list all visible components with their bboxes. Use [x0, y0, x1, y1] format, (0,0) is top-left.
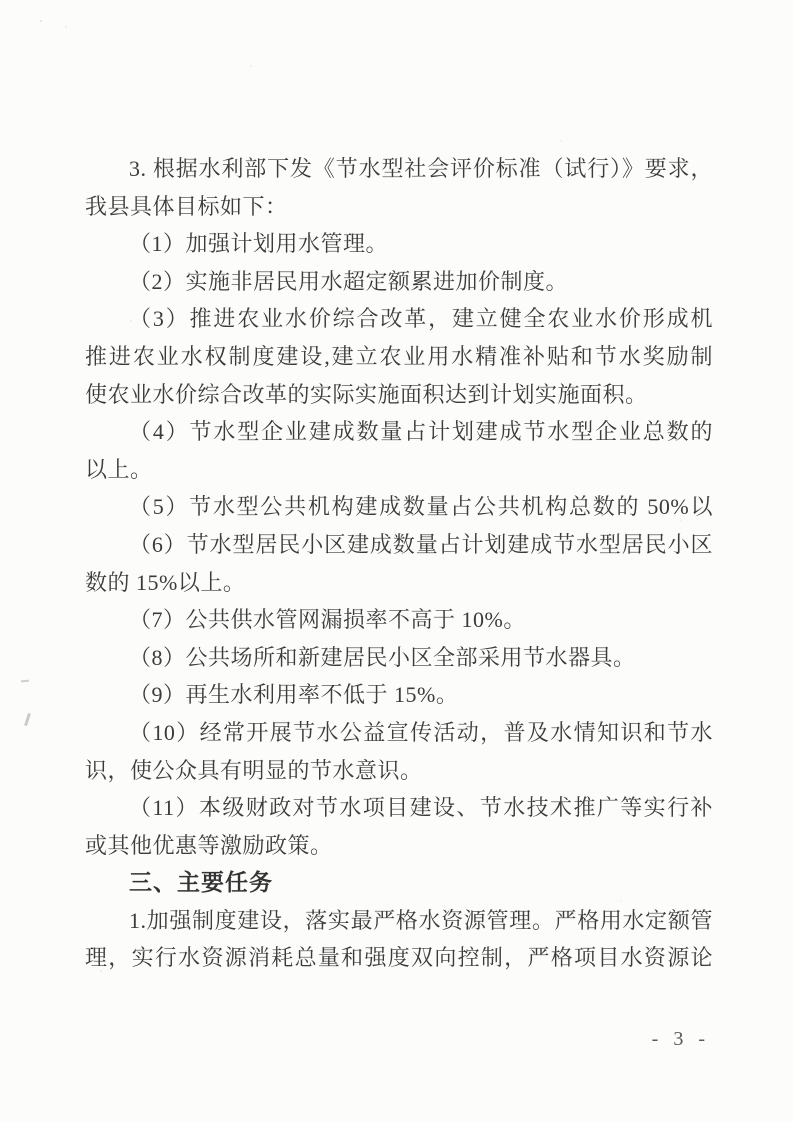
text-line: 推进农业水权制度建设,建立农业用水精准补贴和节水奖励制度，: [85, 338, 713, 376]
text-line: 识，使公众具有明显的节水意识。: [85, 752, 713, 790]
scan-artifact-dash: [21, 680, 29, 683]
text-line: 我县具体目标如下：: [85, 188, 713, 226]
text-line: 数的 15%以上。: [85, 564, 713, 602]
text-line: （6）节水型居民小区建成数量占计划建成节水型居民小区总: [85, 526, 713, 564]
section-heading: 三、主要任务: [85, 864, 713, 902]
text-line: （1）加强计划用水管理。: [85, 225, 713, 263]
text-line: （5）节水型公共机构建成数量占公共机构总数的 50%以上。: [85, 488, 713, 526]
scan-noise: [40, 20, 42, 22]
text-line: （9）再生水利用率不低于 15%。: [85, 676, 713, 714]
document-page: 3. 根据水利部下发《节水型社会评价标准（试行）》要求，我县具体目标如下：（1）…: [0, 0, 793, 1122]
text-line: （3）推进农业水价综合改革，建立健全农业水价形成机制，: [85, 300, 713, 338]
text-line: （4）节水型企业建成数量占计划建成节水型企业总数的 40%: [85, 413, 713, 451]
text-line: （8）公共场所和新建居民小区全部采用节水器具。: [85, 639, 713, 677]
text-line: （11）本级财政对节水项目建设、节水技术推广等实行补贴: [85, 789, 713, 827]
page-number: - 3 -: [652, 1028, 710, 1051]
text-line: 理，实行水资源消耗总量和强度双向控制，严格项目水资源论证: [85, 939, 713, 977]
text-line: 3. 根据水利部下发《节水型社会评价标准（试行）》要求，: [85, 150, 713, 188]
text-line: （2）实施非居民用水超定额累进加价制度。: [85, 263, 713, 301]
text-line: 使农业水价综合改革的实际实施面积达到计划实施面积。: [85, 376, 713, 414]
document-body: 3. 根据水利部下发《节水型社会评价标准（试行）》要求，我县具体目标如下：（1）…: [85, 150, 713, 977]
text-line: 1.加强制度建设，落实最严格水资源管理。严格用水定额管: [85, 902, 713, 940]
text-line: （7）公共供水管网漏损率不高于 10%。: [85, 601, 713, 639]
scan-artifact-slash: [24, 713, 30, 726]
text-line: 以上。: [85, 451, 713, 489]
text-line: （10）经常开展节水公益宣传活动，普及水情知识和节水知: [85, 714, 713, 752]
text-line: 或其他优惠等激励政策。: [85, 827, 713, 865]
